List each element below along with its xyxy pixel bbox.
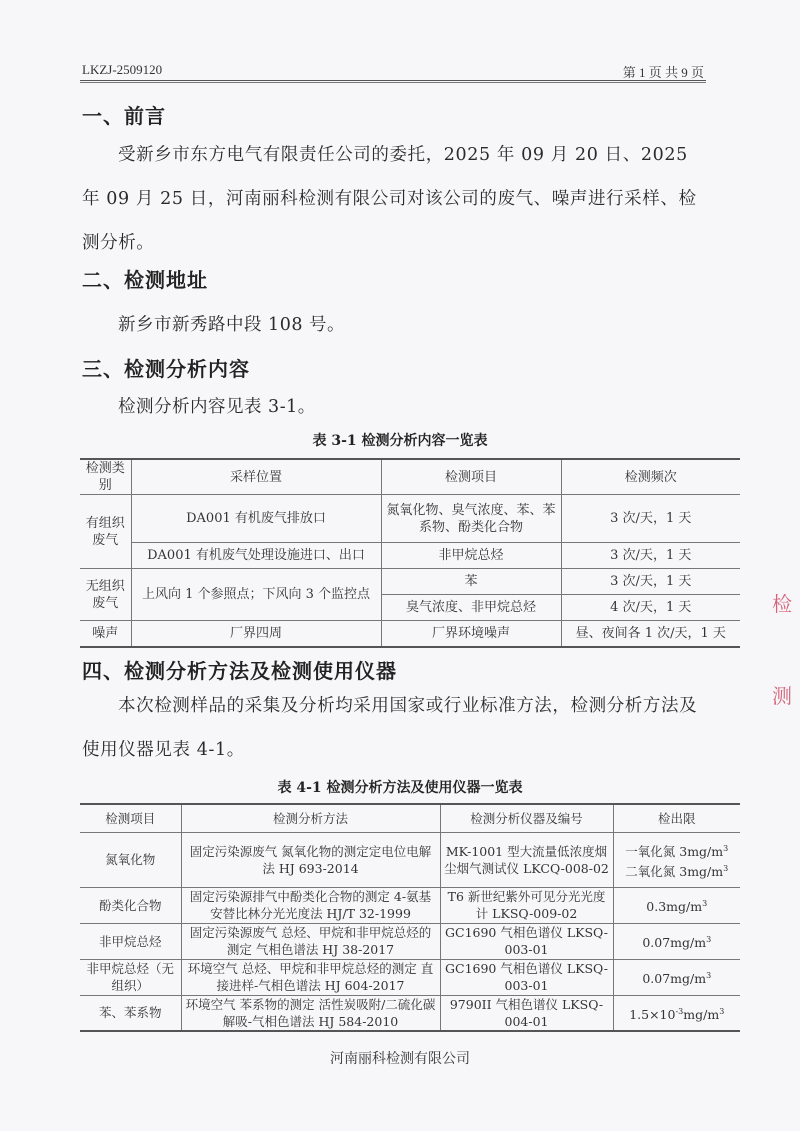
item-cell: 非甲烷总烃（无组织）	[80, 959, 181, 995]
unit-sup: 3	[702, 899, 707, 908]
category-cell: 噪声	[80, 621, 131, 647]
limit-cell: 1.5×10-3mg/m3	[613, 995, 740, 1031]
page-header: LKZJ-2509120 第 1 页 共 9 页	[82, 60, 704, 80]
items-cell: 苯	[381, 569, 561, 595]
limit-unit: mg/m	[683, 1007, 719, 1022]
seal-stamp-fragment: 检	[772, 588, 800, 617]
header-cell: 检测频次	[561, 459, 740, 495]
header-cell: 检测项目	[381, 459, 561, 495]
item-cell: 氮氧化物	[80, 832, 181, 887]
seal-stamp-fragment: 测	[772, 680, 800, 709]
item-cell: 苯、苯系物	[80, 995, 181, 1031]
table-3-1: 检测类别 采样位置 检测项目 检测频次 有组织废气 DA001 有机废气排放口 …	[80, 458, 740, 648]
instrument-cell: GC1690 气相色谱仪 LKSQ-003-01	[440, 923, 613, 959]
report-page: LKZJ-2509120 第 1 页 共 9 页 一、前言 受新乡市东方电气有限…	[0, 0, 800, 1131]
section-body-preface: 受新乡市东方电气有限责任公司的委托，2025 年 09 月 20 日、2025 …	[82, 133, 708, 265]
unit-sup: 3	[719, 1007, 724, 1016]
header-divider	[80, 80, 706, 83]
method-cell: 固定污染源废气 总烃、甲烷和非甲烷总烃的测定 气相色谱法 HJ 38-2017	[181, 923, 440, 959]
table-row: 酚类化合物 固定污染源排气中酚类化合物的测定 4-氨基安替比林分光光度法 HJ/…	[80, 887, 740, 923]
section-body-methods: 本次检测样品的采集及分析均采用国家或行业标准方法，检测分析方法及使用仪器见表 4…	[82, 684, 708, 772]
table-row: 苯、苯系物 环境空气 苯系物的测定 活性炭吸附/二硫化碳解吸-气相色谱法 HJ …	[80, 995, 740, 1031]
location-cell: DA001 有机废气处理设施进口、出口	[131, 543, 381, 569]
frequency-cell: 昼、夜间各 1 次/天，1 天	[561, 621, 740, 647]
table-header-row: 检测项目 检测分析方法 检测分析仪器及编号 检出限	[80, 804, 740, 832]
page-number: 第 1 页 共 9 页	[623, 62, 704, 81]
frequency-cell: 4 次/天，1 天	[561, 595, 740, 621]
unit-sup: 3	[723, 844, 728, 853]
table-row: 噪声 厂界四周 厂界环境噪声 昼、夜间各 1 次/天，1 天	[80, 621, 740, 647]
table-row: 氮氧化物 固定污染源废气 氮氧化物的测定定电位电解法 HJ 693-2014 M…	[80, 832, 740, 887]
location-cell: 厂界四周	[131, 621, 381, 647]
instrument-cell: MK-1001 型大流量低浓度烟尘烟气测试仪 LKCQ-008-02	[440, 832, 613, 887]
limit-value: 0.07mg/m	[642, 971, 706, 986]
limit-cell: 0.07mg/m3	[613, 959, 740, 995]
unit-sup: 3	[706, 935, 711, 944]
document-id: LKZJ-2509120	[82, 62, 162, 78]
section-title-methods: 四、检测分析方法及检测使用仪器	[82, 655, 397, 684]
table-row: 无组织废气 上风向 1 个参照点；下风向 3 个监控点 苯 3 次/天，1 天	[80, 569, 740, 595]
footer-company: 河南丽科检测有限公司	[0, 1048, 800, 1068]
table-row: 非甲烷总烃 固定污染源废气 总烃、甲烷和非甲烷总烃的测定 气相色谱法 HJ 38…	[80, 923, 740, 959]
method-cell: 固定污染源排气中酚类化合物的测定 4-氨基安替比林分光光度法 HJ/T 32-1…	[181, 887, 440, 923]
item-cell: 非甲烷总烃	[80, 923, 181, 959]
method-cell: 环境空气 苯系物的测定 活性炭吸附/二硫化碳解吸-气相色谱法 HJ 584-20…	[181, 995, 440, 1031]
instrument-cell: GC1690 气相色谱仪 LKSQ-003-01	[440, 959, 613, 995]
table-4-1-caption: 表 4-1 检测分析方法及使用仪器一览表	[0, 777, 800, 797]
table-row: 有组织废气 DA001 有机废气排放口 氮氧化物、臭气浓度、苯、苯系物、酚类化合…	[80, 495, 740, 543]
location-cell: DA001 有机废气排放口	[131, 495, 381, 543]
header-cell: 检出限	[613, 804, 740, 832]
instrument-cell: T6 新世纪紫外可见分光光度计 LKSQ-009-02	[440, 887, 613, 923]
table-3-1-caption: 表 3-1 检测分析内容一览表	[0, 430, 800, 450]
section-body-address: 新乡市新秀路中段 108 号。	[118, 311, 345, 336]
items-cell: 氮氧化物、臭气浓度、苯、苯系物、酚类化合物	[381, 495, 561, 543]
table-header-row: 检测类别 采样位置 检测项目 检测频次	[80, 459, 740, 495]
header-cell: 检测分析仪器及编号	[440, 804, 613, 832]
category-cell: 无组织废气	[80, 569, 131, 621]
section-title-content: 三、检测分析内容	[82, 353, 250, 382]
section-title-address: 二、检测地址	[82, 264, 208, 293]
limit-cell: 一氧化氮 3mg/m3 二氧化氮 3mg/m3	[613, 832, 740, 887]
header-cell: 检测类别	[80, 459, 131, 495]
unit-sup: 3	[723, 864, 728, 873]
instrument-cell: 9790II 气相色谱仪 LKSQ-004-01	[440, 995, 613, 1031]
category-cell: 有组织废气	[80, 495, 131, 569]
limit-cell: 0.3mg/m3	[613, 887, 740, 923]
header-cell: 检测分析方法	[181, 804, 440, 832]
unit-sup: 3	[706, 971, 711, 980]
table-4-1: 检测项目 检测分析方法 检测分析仪器及编号 检出限 氮氧化物 固定污染源废气 氮…	[80, 803, 740, 1032]
item-cell: 酚类化合物	[80, 887, 181, 923]
location-cell: 上风向 1 个参照点；下风向 3 个监控点	[131, 569, 381, 621]
method-cell: 固定污染源废气 氮氧化物的测定定电位电解法 HJ 693-2014	[181, 832, 440, 887]
limit-value: 1.5×10	[629, 1007, 675, 1022]
limit-value: 0.3mg/m	[646, 899, 702, 914]
table-row: 非甲烷总烃（无组织） 环境空气 总烃、甲烷和非甲烷总烃的测定 直接进样-气相色谱…	[80, 959, 740, 995]
items-cell: 厂界环境噪声	[381, 621, 561, 647]
limit-no: 一氧化氮 3mg/m	[625, 844, 723, 859]
items-cell: 非甲烷总烃	[381, 543, 561, 569]
section-title-preface: 一、前言	[82, 100, 166, 129]
items-cell: 臭气浓度、非甲烷总烃	[381, 595, 561, 621]
limit-value: 0.07mg/m	[642, 935, 706, 950]
method-cell: 环境空气 总烃、甲烷和非甲烷总烃的测定 直接进样-气相色谱法 HJ 604-20…	[181, 959, 440, 995]
header-cell: 采样位置	[131, 459, 381, 495]
header-cell: 检测项目	[80, 804, 181, 832]
frequency-cell: 3 次/天，1 天	[561, 569, 740, 595]
frequency-cell: 3 次/天，1 天	[561, 495, 740, 543]
limit-no2: 二氧化氮 3mg/m	[625, 864, 723, 879]
table-row: DA001 有机废气处理设施进口、出口 非甲烷总烃 3 次/天，1 天	[80, 543, 740, 569]
limit-cell: 0.07mg/m3	[613, 923, 740, 959]
frequency-cell: 3 次/天，1 天	[561, 543, 740, 569]
section-body-content: 检测分析内容见表 3-1。	[118, 393, 316, 418]
